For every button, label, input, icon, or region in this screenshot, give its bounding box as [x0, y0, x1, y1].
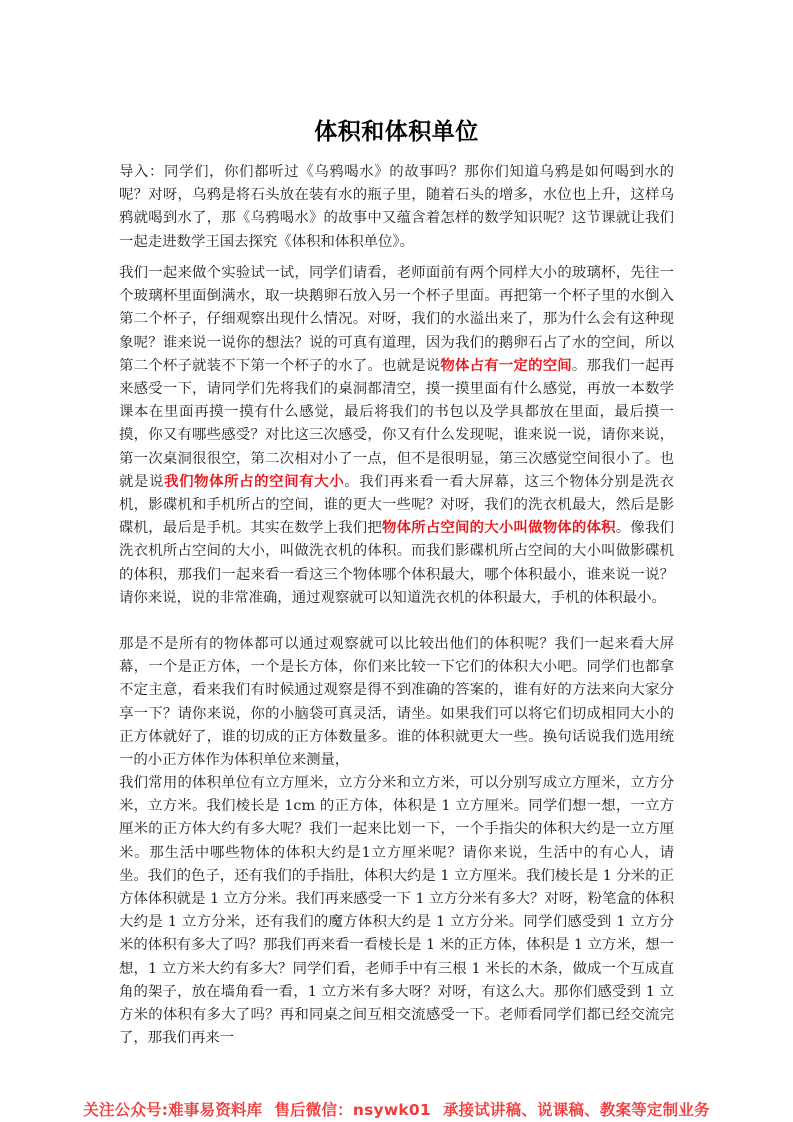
- footer-banner: 关注公众号:难事易资料库售后微信：nsywk01承接试讲稿、说课稿、教案等定制业…: [0, 1098, 793, 1120]
- paragraph-intro: 导入：同学们，你们都听过《乌鸦喝水》的故事吗？那你们知道乌鸦是如何喝到水的呢？对…: [119, 161, 674, 254]
- text-segment: 我们常用的体积单位有立方厘米，立方分米和立方米，可以分别写成立方厘米，立方分米，…: [119, 775, 674, 1046]
- text-segment: 导入：同学们，你们都听过《乌鸦喝水》的故事吗？那你们知道乌鸦是如何喝到水的呢？对…: [119, 164, 674, 250]
- paragraph-comparison: 那是不是所有的物体都可以通过观察就可以比较出他们的体积呢？我们一起来看大屏幕，一…: [119, 633, 674, 772]
- footer-wechat: 售后微信：nsywk01: [274, 1101, 430, 1119]
- footer-services: 承接试讲稿、说课稿、教案等定制业务: [443, 1101, 710, 1119]
- paragraph-units: 我们常用的体积单位有立方厘米，立方分米和立方米，可以分别写成立方厘米，立方分米，…: [119, 772, 674, 1050]
- paragraph-experiment: 我们一起来做个实验试一试，同学们请看，老师面前有两个同样大小的玻璃杯，先往一个玻…: [119, 262, 674, 610]
- highlight-text: 我们物体所占的空间有大小: [164, 474, 344, 490]
- highlight-text: 物体占有一定的空间: [440, 358, 572, 374]
- text-segment: 那是不是所有的物体都可以通过观察就可以比较出他们的体积呢？我们一起来看大屏幕，一…: [119, 636, 674, 768]
- document-page: 体积和体积单位 导入：同学们，你们都听过《乌鸦喝水》的故事吗？那你们知道乌鸦是如…: [0, 0, 793, 1122]
- highlight-text: 物体所占空间的大小叫做物体的体积: [382, 520, 616, 536]
- page-title: 体积和体积单位: [0, 113, 793, 146]
- text-segment: 。那我们一起再来感受一下，请同学们先将我们的桌洞都清空，摸一摸里面有什么感觉，再…: [119, 358, 674, 490]
- footer-account: 关注公众号:难事易资料库: [83, 1101, 262, 1119]
